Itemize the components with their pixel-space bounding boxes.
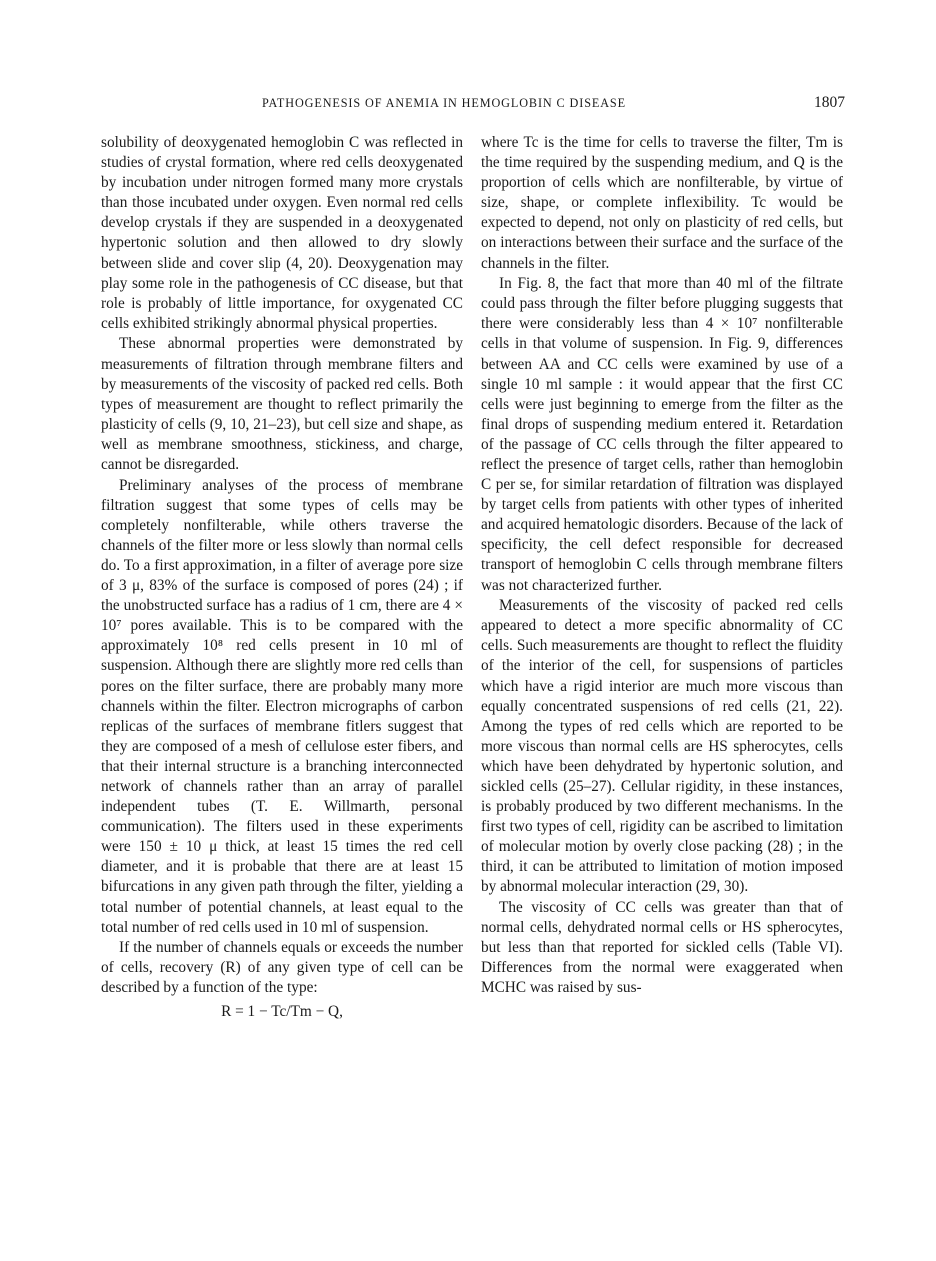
paragraph: Measurements of the viscosity of packed … bbox=[481, 596, 843, 897]
paragraph: The viscosity of CC cells was greater th… bbox=[481, 898, 843, 998]
paragraph: These abnormal properties were demonstra… bbox=[101, 334, 463, 475]
paragraph: solubility of deoxygenated hemoglobin C … bbox=[101, 133, 463, 334]
page-number: 1807 bbox=[814, 94, 845, 112]
equation: R = 1 − Tc/Tm − Q, bbox=[101, 1002, 463, 1022]
paragraph: If the number of channels equals or exce… bbox=[101, 938, 463, 998]
running-title: Pathogenesis of Anemia in Hemoglobin C D… bbox=[262, 96, 626, 111]
paragraph: Preliminary analyses of the process of m… bbox=[101, 476, 463, 938]
left-column: solubility of deoxygenated hemoglobin C … bbox=[101, 133, 463, 1022]
paragraph: In Fig. 8, the fact that more than 40 ml… bbox=[481, 274, 843, 596]
paragraph: where Tc is the time for cells to traver… bbox=[481, 133, 843, 274]
page-header: Pathogenesis of Anemia in Hemoglobin C D… bbox=[100, 94, 845, 114]
right-column: where Tc is the time for cells to traver… bbox=[481, 133, 843, 999]
